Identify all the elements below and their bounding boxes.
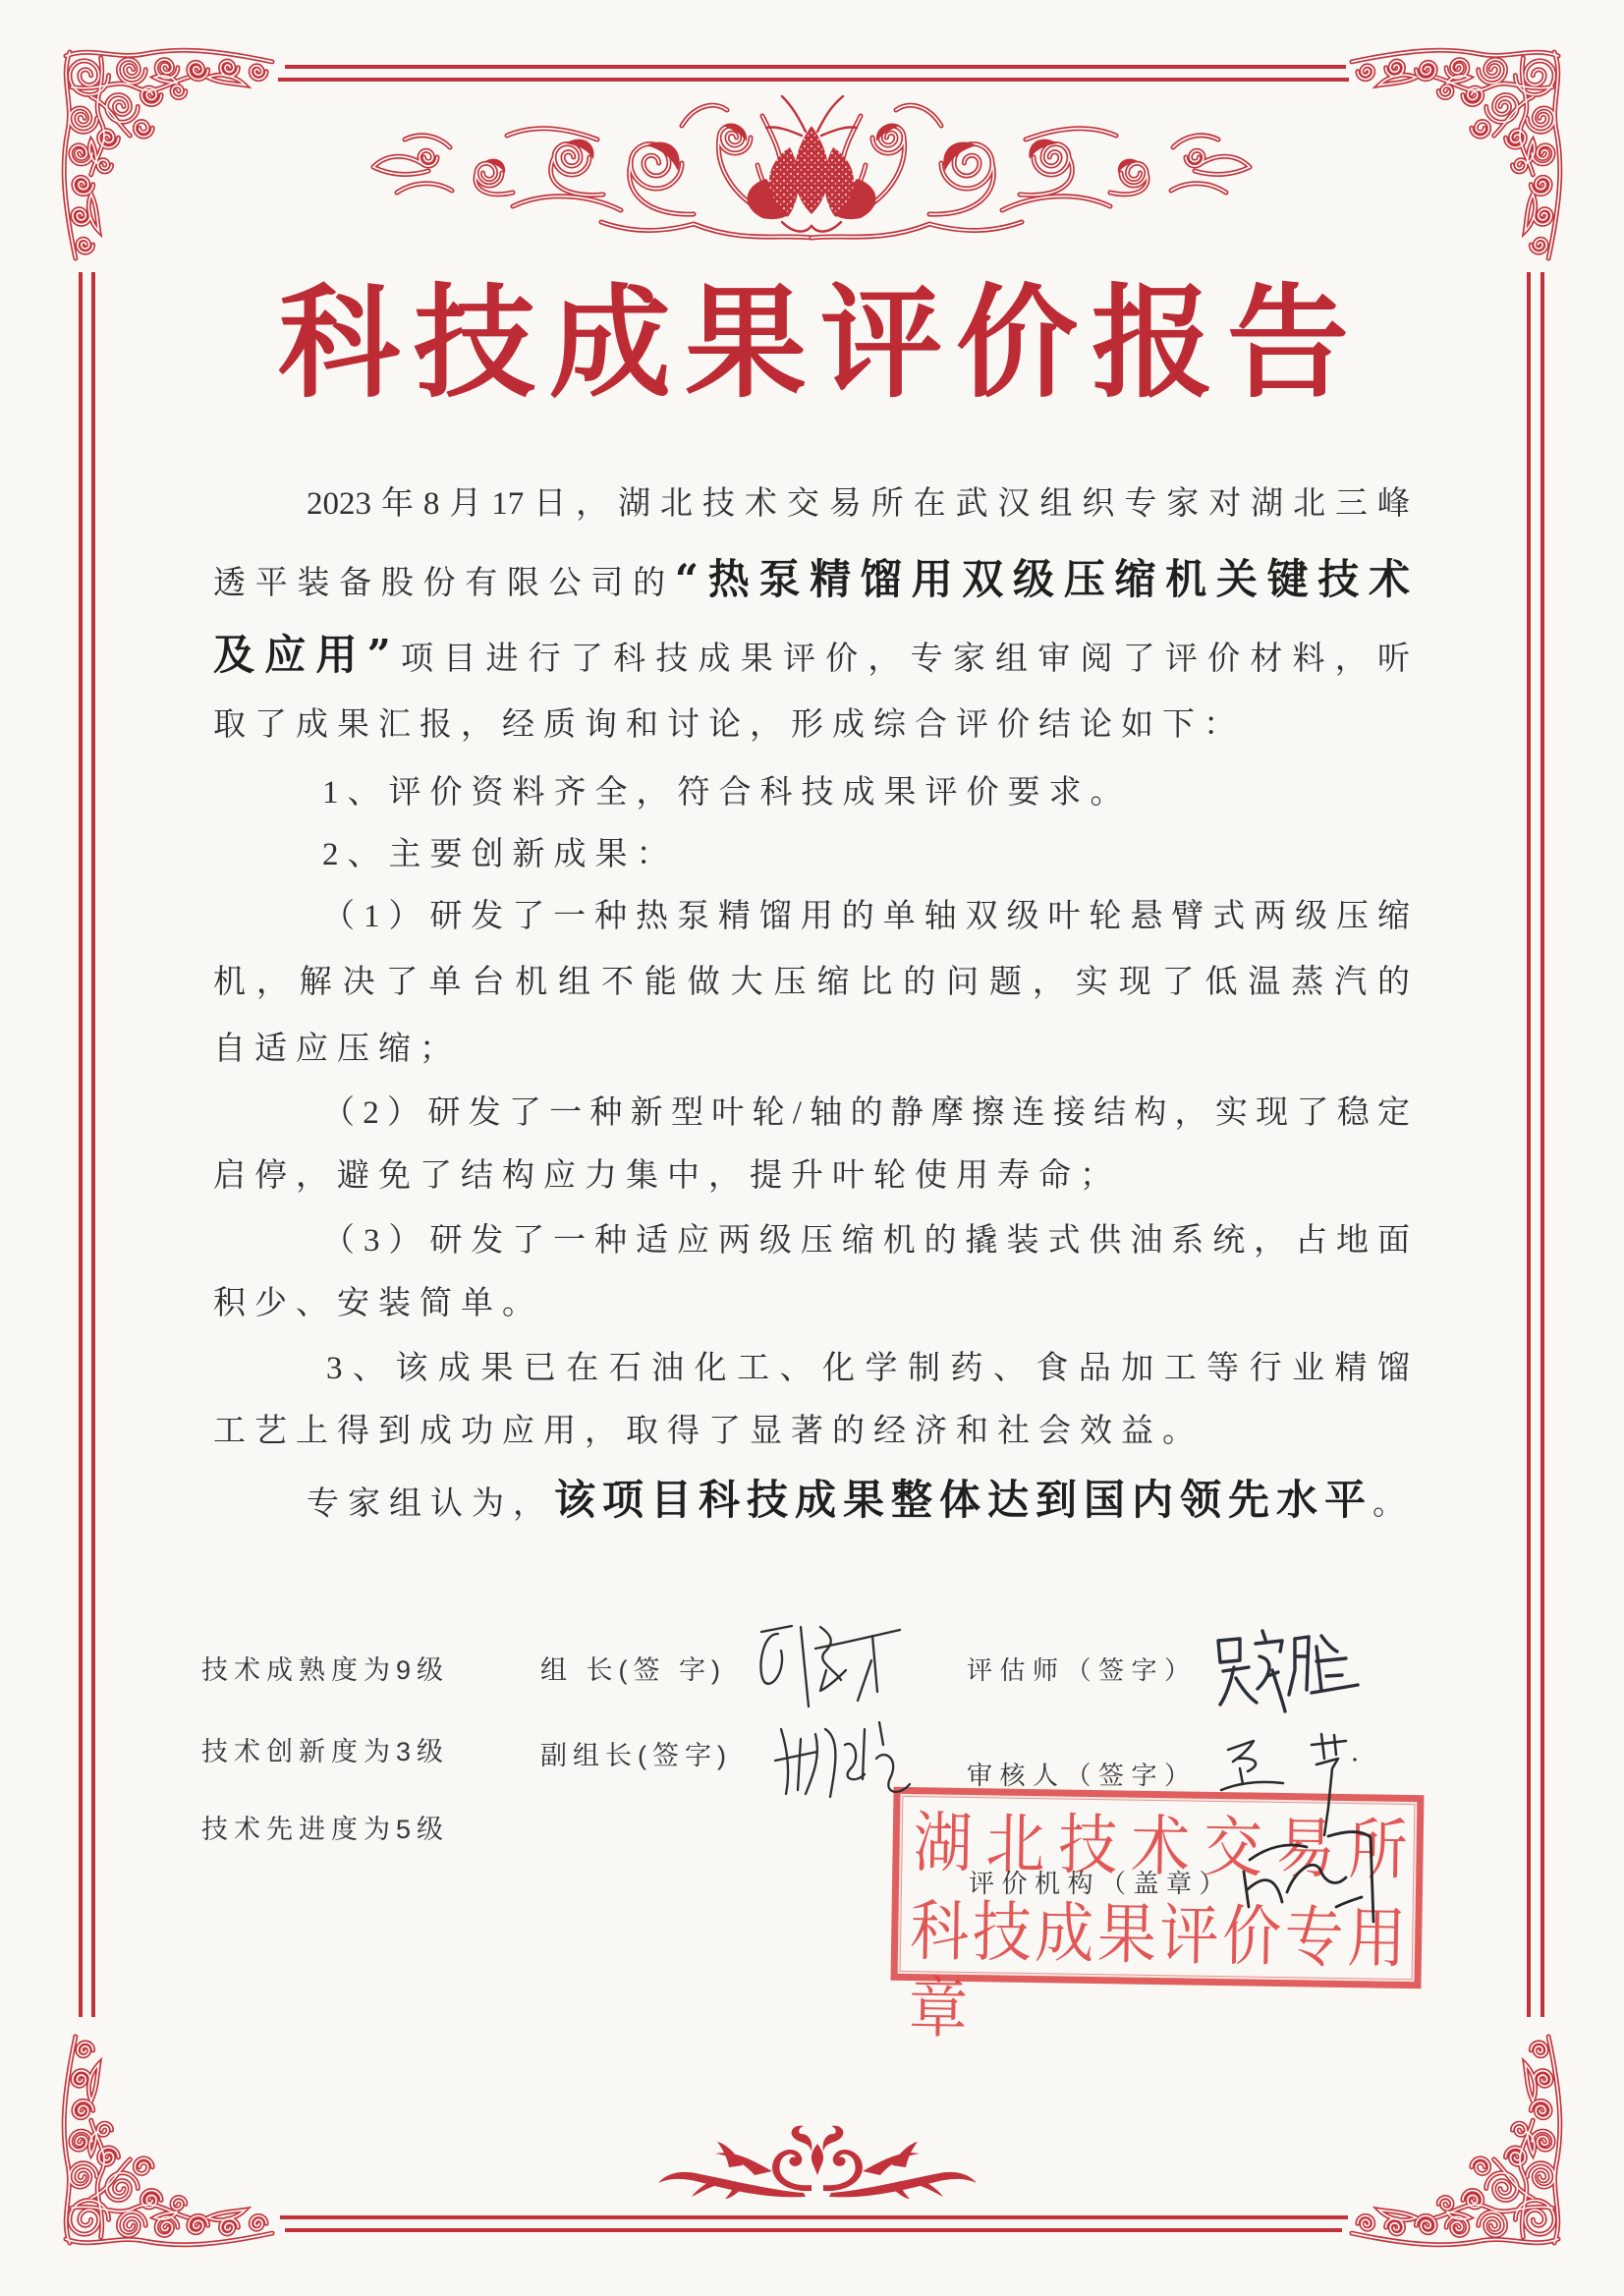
deputy-leader-signature <box>775 1722 910 1797</box>
body-line: 机，解决了单台机组不能做大压缩比的问题，实现了低温蒸汽的 <box>213 958 1410 1007</box>
assessor-signature <box>1218 1631 1358 1711</box>
rating-advancement: 技术先进度为5级 <box>201 1812 449 1847</box>
project-name-emphasis: 及应用” <box>213 631 391 679</box>
body-text: 3、该成果已在石油化工、化学制药、食品加工等行业精馏 <box>326 1351 1410 1386</box>
body-text: 积少、安装简单。 <box>213 1286 543 1321</box>
left-double-rule <box>79 272 95 2017</box>
rating-maturity: 技术成熟度为9级 <box>201 1652 449 1688</box>
leader-signature <box>760 1626 900 1707</box>
body-line: 工艺上得到成功应用，取得了显著的经济和社会效益。 <box>213 1407 1204 1456</box>
page-title: 科技成果评价报告 <box>278 278 1349 410</box>
conclusion-item-2: 2、主要创新成果： <box>322 830 678 879</box>
lotus-flower <box>748 126 876 219</box>
body-text: （2）研发了一种新型叶轮/轴的静摩擦连接结构，实现了稳定 <box>322 1095 1410 1131</box>
report-page: 科技成果评价报告 2023年8月17日，湖北技术交易所在武汉组织专家对湖北三峰 … <box>0 0 1624 2296</box>
seal-purpose: 科技成果评价专用章 <box>910 1893 1407 1978</box>
body-text: （1）研发了一种热泵精馏用的单轴双级叶轮悬臂式两级压缩 <box>322 899 1410 934</box>
body-text: （3）研发了一种适应两级压缩机的撬装式供油系统，占地面 <box>322 1223 1410 1259</box>
innovation-item-2: （2）研发了一种新型叶轮/轴的静摩擦连接结构，实现了稳定 <box>322 1089 1410 1138</box>
project-name-emphasis: “热泵精馏用双级压缩机关键技术 <box>675 555 1410 603</box>
assessor-signature-label: 评估师（签字） <box>967 1652 1198 1688</box>
body-text: 启停，避免了结构应力集中，提升叶轮使用寿命； <box>213 1158 1121 1194</box>
conclusion-item-3: 3、该成果已在石油化工、化学制药、食品加工等行业精馏 <box>326 1344 1410 1393</box>
body-text: 取了成果汇报，经质询和讨论，形成综合评价结论如下： <box>213 707 1245 743</box>
final-conclusion: 专家组认为，该项目科技成果整体达到国内领先水平。 <box>307 1476 1414 1525</box>
corner-flourish-icon <box>1352 50 1560 258</box>
body-text: 自适应压缩； <box>213 1032 461 1067</box>
body-text: 。 <box>1372 1486 1414 1522</box>
body-line: 启停，避免了结构应力集中，提升叶轮使用寿命； <box>213 1151 1121 1201</box>
body-text: 2、主要创新成果： <box>322 837 678 872</box>
body-text: 工艺上得到成功应用，取得了显著的经济和社会效益。 <box>213 1414 1204 1449</box>
innovation-item-3: （3）研发了一种适应两级压缩机的撬装式供油系统，占地面 <box>322 1216 1410 1265</box>
body-text: 专家组认为， <box>307 1486 554 1522</box>
official-seal: 湖北技术交易所 科技成果评价专用章 <box>890 1787 1424 1988</box>
conclusion-item-1: 1、评价资料齐全，符合科技成果评价要求。 <box>322 768 1132 817</box>
body-text: 1、评价资料齐全，符合科技成果评价要求。 <box>322 775 1132 811</box>
top-double-rule <box>278 65 1349 82</box>
right-double-rule <box>1527 272 1544 2017</box>
leader-signature-label: 组 长(签 字) <box>540 1652 726 1688</box>
body-line: 积少、安装简单。 <box>213 1279 543 1328</box>
innovation-item-1: （1）研发了一种热泵精馏用的单轴双级叶轮悬臂式两级压缩 <box>322 892 1410 941</box>
body-text: 项目进行了科技成果评价，专家组审阅了评价材料，听 <box>391 642 1410 677</box>
corner-flourish-icon <box>64 2037 272 2245</box>
body-line: 2023年8月17日，湖北技术交易所在武汉组织专家对湖北三峰 <box>307 479 1410 529</box>
deputy-leader-signature-label: 副组长(签字) <box>540 1738 732 1773</box>
body-text: 透平装备股份有限公司的 <box>213 566 675 601</box>
rating-innovation: 技术创新度为3级 <box>201 1734 449 1769</box>
lotus-scroll-icon <box>373 96 1250 238</box>
conclusion-emphasis: 该项目科技成果整体达到国内领先水平 <box>554 1476 1372 1524</box>
body-line: 取了成果汇报，经质询和讨论，形成综合评价结论如下： <box>213 700 1245 750</box>
corner-flourish-icon <box>64 50 272 258</box>
seal-organization: 湖北技术交易所 <box>913 1805 1408 1889</box>
body-line: 自适应压缩； <box>213 1025 461 1074</box>
body-text: 2023年8月17日，湖北技术交易所在武汉组织专家对湖北三峰 <box>307 486 1410 522</box>
body-text: 机，解决了单台机组不能做大压缩比的问题，实现了低温蒸汽的 <box>213 965 1410 1000</box>
body-line: 及应用”项目进行了科技成果评价，专家组审阅了评价材料，听 <box>213 631 1410 680</box>
bottom-double-rule <box>280 2215 1348 2232</box>
bottom-flourish-icon <box>658 2126 977 2199</box>
corner-flourish-icon <box>1352 2037 1560 2245</box>
body-line: 透平装备股份有限公司的“热泵精馏用双级压缩机关键技术 <box>213 555 1410 604</box>
